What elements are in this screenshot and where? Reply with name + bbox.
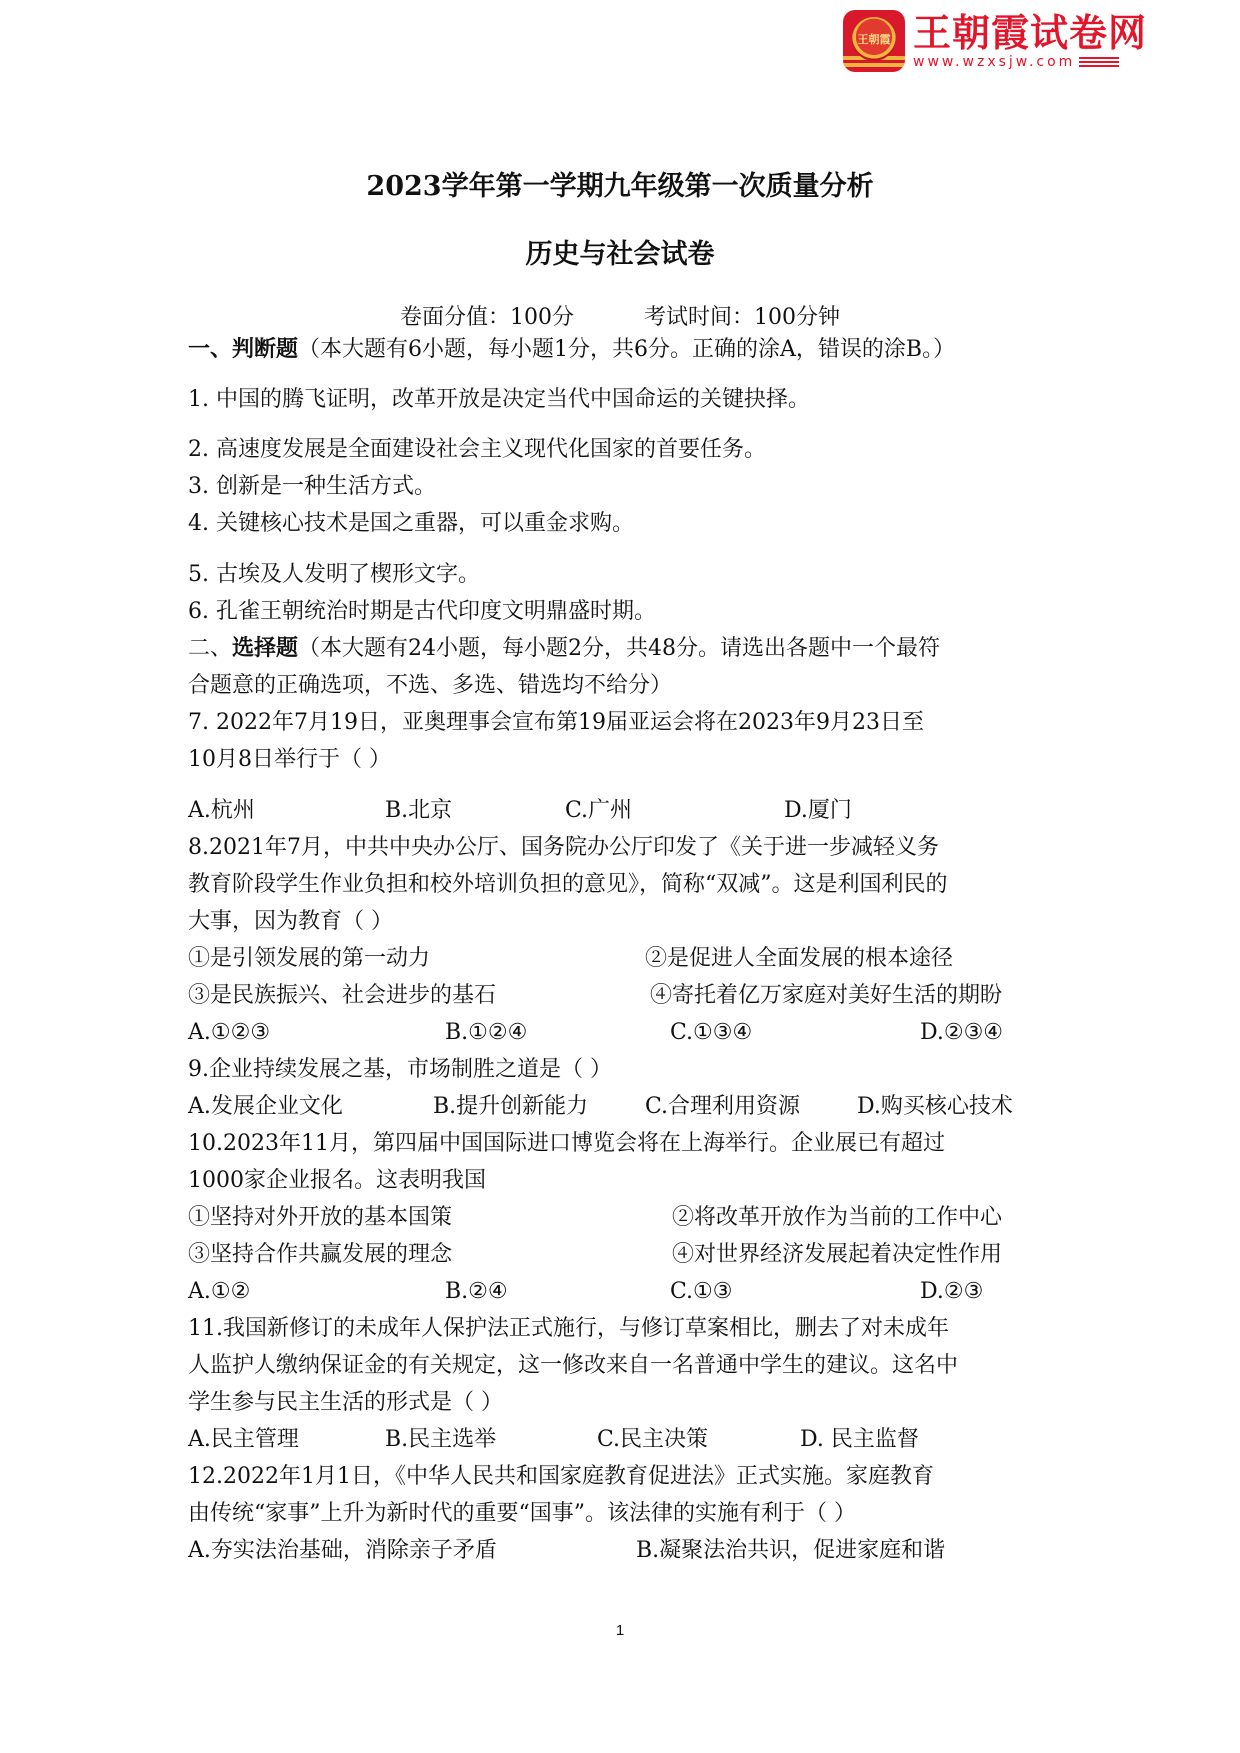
page-number: 1	[0, 1622, 1240, 1639]
logo-badge-text: 王朝霞	[852, 31, 896, 47]
q8-stem-line1: 8.2021年7月，中共中央办公厅、国务院办公厅印发了《关于进一步减轻义务	[188, 833, 939, 863]
q7-stem-line2: 10月8日举行于（ ）	[188, 745, 391, 775]
q12-stem-line1: 12.2022年1月1日，《中华人民共和国家庭教育促进法》正式实施。家庭教育	[188, 1462, 934, 1492]
section2-prefix: 二、	[188, 636, 232, 661]
q11-option-b: B.民主选举	[385, 1425, 496, 1455]
q10-option-a: A.①②	[188, 1277, 250, 1307]
q9-option-c: C.合理利用资源	[645, 1092, 800, 1122]
q7-option-b: B.北京	[385, 796, 452, 826]
q8-stem-line3: 大事，因为教育（ ）	[188, 907, 393, 937]
q11-stem-line3: 学生参与民主生活的形式是（ ）	[188, 1388, 503, 1418]
judge-question-1: 1. 中国的腾飞证明，改革开放是决定当代中国命运的关键抉择。	[188, 385, 810, 415]
q10-option-c: C.①③	[670, 1277, 733, 1307]
q9-option-a: A.发展企业文化	[188, 1092, 343, 1122]
q7-option-c: C.广州	[565, 796, 632, 826]
section1-heading: 一、判断题（本大题有6小题，每小题1分，共6分。正确的涂A，错误的涂B。）	[188, 335, 955, 365]
q12-option-a: A.夯实法治基础，消除亲子矛盾	[188, 1536, 497, 1566]
q9-option-d: D.购买核心技术	[857, 1092, 1013, 1122]
logo-name: 王朝霞试卷网	[913, 12, 1147, 54]
q10-option-d: D.②③	[920, 1277, 983, 1307]
section2-heading: 二、选择题（本大题有24小题，每小题2分，共48分。请选出各题中一个最符	[188, 634, 940, 664]
q7-stem-line1: 7. 2022年7月19日，亚奥理事会宣布第19届亚运会将在2023年9月23日…	[188, 708, 924, 738]
section2-name: 选择题	[232, 636, 298, 661]
q11-option-a: A.民主管理	[188, 1425, 299, 1455]
q8-statement-1: ①是引领发展的第一动力	[188, 944, 430, 974]
q10-statement-1: ①坚持对外开放的基本国策	[188, 1203, 452, 1233]
q9-option-b: B.提升创新能力	[433, 1092, 588, 1122]
q8-statement-2: ②是促进人全面发展的根本途径	[645, 944, 953, 974]
q11-stem-line2: 人监护人缴纳保证金的有关规定，这一修改来自一名普通中学生的建议。这名中	[188, 1351, 958, 1381]
q12-option-b: B.凝聚法治共识，促进家庭和谐	[636, 1536, 945, 1566]
q7-option-a: A.杭州	[188, 796, 255, 826]
q11-stem-line1: 11.我国新修订的未成年人保护法正式施行，与修订草案相比，删去了对未成年	[188, 1314, 949, 1344]
judge-question-3: 3. 创新是一种生活方式。	[188, 472, 436, 502]
q10-statement-4: ④对世界经济发展起着决定性作用	[672, 1240, 1002, 1270]
judge-question-2: 2. 高速度发展是全面建设社会主义现代化国家的首要任务。	[188, 435, 766, 465]
exam-meta: 卷面分值：100分考试时间：100分钟	[0, 300, 1240, 331]
judge-question-6: 6. 孔雀王朝统治时期是古代印度文明鼎盛时期。	[188, 597, 656, 627]
section2-instructions-cont: 合题意的正确选项，不选、多选、错选均不给分）	[188, 671, 672, 701]
time-info: 考试时间：100分钟	[644, 305, 840, 330]
q8-option-c: C.①③④	[670, 1018, 752, 1048]
q10-stem-line1: 10.2023年11月，第四届中国国际进口博览会将在上海举行。企业展已有超过	[188, 1129, 945, 1159]
q10-statement-3: ③坚持合作共赢发展的理念	[188, 1240, 452, 1270]
site-logo[interactable]: 王朝霞 王朝霞试卷网 www.wzxsjw.com	[843, 10, 1163, 72]
logo-badge-icon: 王朝霞	[843, 10, 905, 72]
q10-statement-2: ②将改革开放作为当前的工作中心	[672, 1203, 1002, 1233]
section1-prefix: 一、	[188, 337, 232, 362]
q8-option-d: D.②③④	[920, 1018, 1003, 1048]
wave-decoration-icon	[1079, 57, 1119, 67]
exam-subtitle: 历史与社会试卷	[0, 232, 1240, 271]
q8-stem-line2: 教育阶段学生作业负担和校外培训负担的意见》，简称“双减”。这是利国利民的	[188, 870, 948, 900]
q8-statement-3: ③是民族振兴、社会进步的基石	[188, 981, 496, 1011]
section2-instructions: （本大题有24小题，每小题2分，共48分。请选出各题中一个最符	[298, 636, 940, 661]
exam-title: 2023学年第一学期九年级第一次质量分析	[0, 164, 1240, 203]
q8-option-a: A.①②③	[188, 1018, 270, 1048]
q11-option-d: D. 民主监督	[800, 1425, 919, 1455]
q8-statement-4: ④寄托着亿万家庭对美好生活的期盼	[650, 981, 1002, 1011]
q11-option-c: C.民主决策	[597, 1425, 708, 1455]
judge-question-5: 5. 古埃及人发明了楔形文字。	[188, 560, 480, 590]
judge-question-4: 4. 关键核心技术是国之重器，可以重金求购。	[188, 509, 634, 539]
logo-url: www.wzxsjw.com	[913, 54, 1075, 70]
q7-option-d: D.厦门	[784, 796, 852, 826]
q9-stem: 9.企业持续发展之基，市场制胜之道是（ ）	[188, 1055, 612, 1085]
q8-option-b: B.①②④	[445, 1018, 527, 1048]
q12-stem-line2: 由传统“家事”上升为新时代的重要“国事”。该法律的实施有利于（ ）	[188, 1499, 856, 1529]
q10-option-b: B.②④	[445, 1277, 508, 1307]
section1-name: 判断题	[232, 337, 298, 362]
score-info: 卷面分值：100分	[400, 305, 574, 330]
q10-stem-line2: 1000家企业报名。这表明我国	[188, 1166, 486, 1196]
section1-instructions: （本大题有6小题，每小题1分，共6分。正确的涂A，错误的涂B。）	[298, 337, 955, 362]
